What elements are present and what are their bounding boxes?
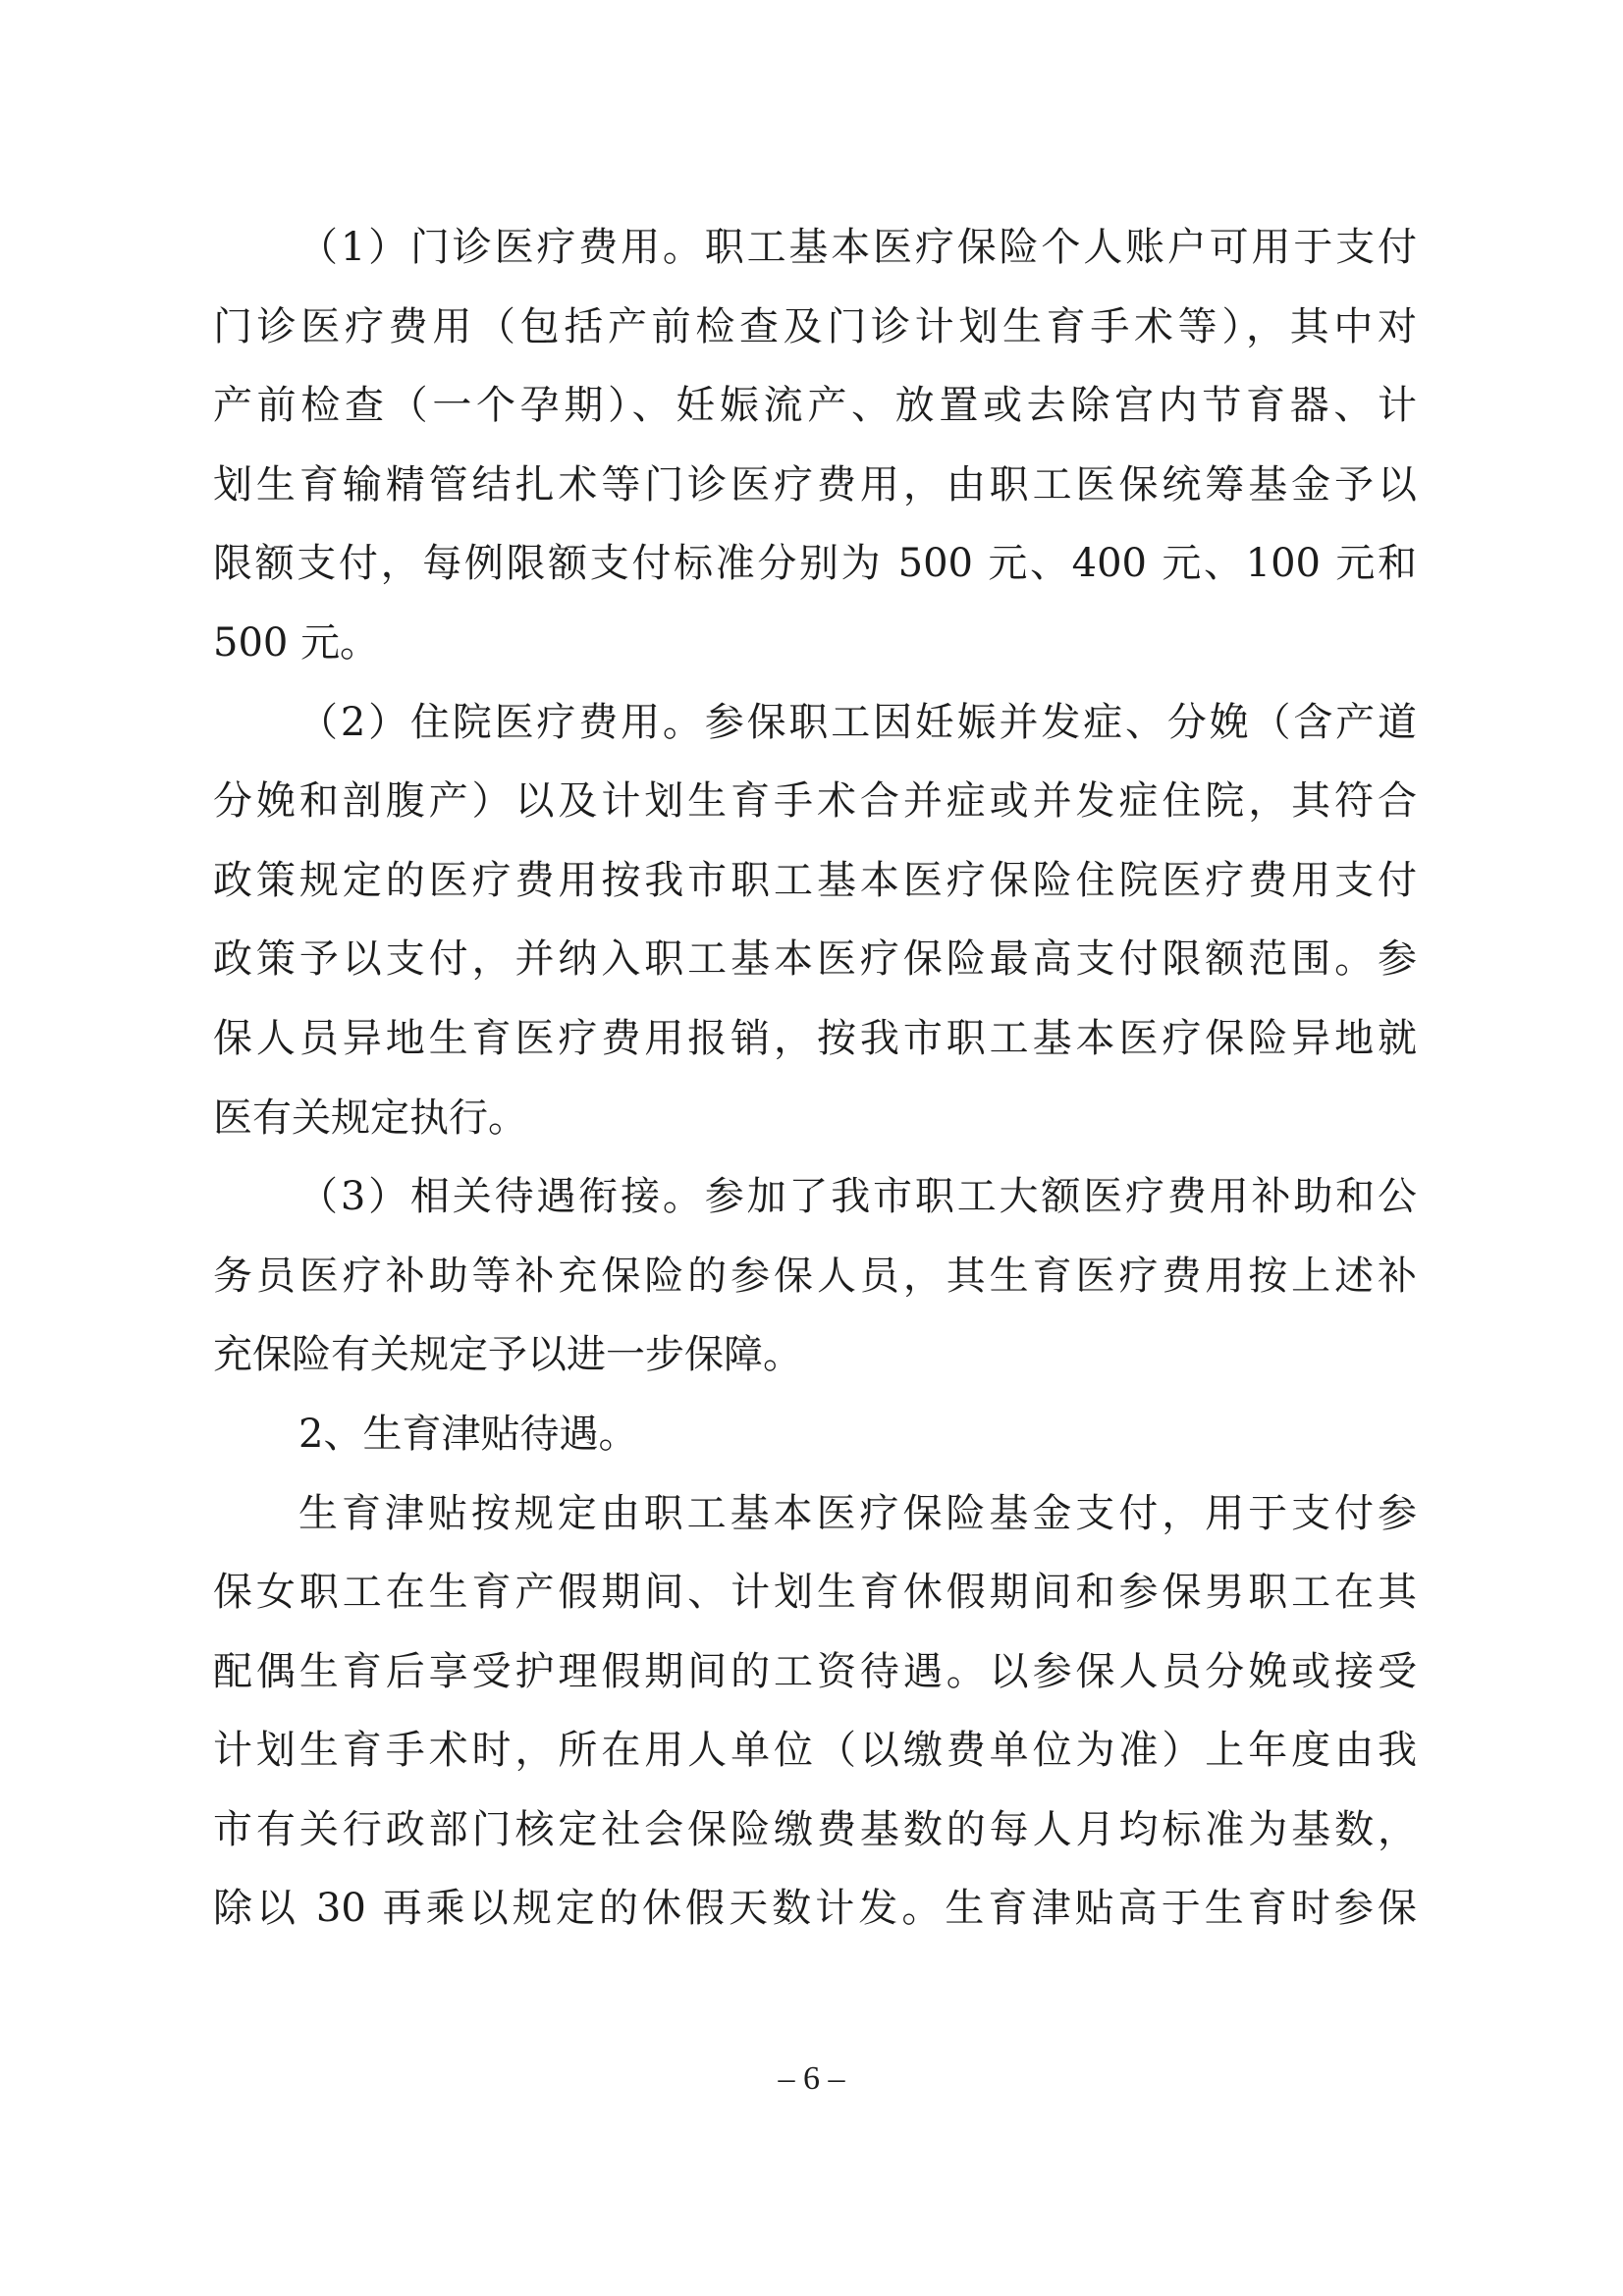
paragraph-benefit-link-line: 充保险有关规定予以进一步保障。 — [213, 1315, 1417, 1395]
paragraph-benefit-link-line: （3）相关待遇衔接。参加了我市职工大额医疗费用补助和公 — [213, 1157, 1417, 1237]
paragraph-allowance-line: 计划生育手术时，所在用人单位（以缴费单位为准）上年度由我 — [213, 1711, 1417, 1790]
paragraph-allowance-line: 市有关行政部门核定社会保险缴费基数的每人月均标准为基数， — [213, 1790, 1417, 1870]
paragraph-allowance-line: 除以 30 再乘以规定的休假天数计发。生育津贴高于生育时参保 — [213, 1869, 1417, 1949]
paragraph-inpatient-line: 政策规定的医疗费用按我市职工基本医疗保险住院医疗费用支付 — [213, 841, 1417, 921]
document-body: （1）门诊医疗费用。职工基本医疗保险个人账户可用于支付 门诊医疗费用（包括产前检… — [213, 208, 1417, 1949]
paragraph-inpatient-line: （2）住院医疗费用。参保职工因妊娠并发症、分娩（含产道 — [213, 683, 1417, 763]
paragraph-outpatient-line: （1）门诊医疗费用。职工基本医疗保险个人账户可用于支付 — [213, 208, 1417, 288]
section-heading-maternity-allowance: 2、生育津贴待遇。 — [213, 1395, 1417, 1474]
document-page: （1）门诊医疗费用。职工基本医疗保险个人账户可用于支付 门诊医疗费用（包括产前检… — [0, 0, 1623, 2296]
paragraph-inpatient-line: 保人员异地生育医疗费用报销，按我市职工基本医疗保险异地就 — [213, 999, 1417, 1079]
paragraph-allowance-line: 保女职工在生育产假期间、计划生育休假期间和参保男职工在其 — [213, 1553, 1417, 1632]
paragraph-allowance-line: 配偶生育后享受护理假期间的工资待遇。以参保人员分娩或接受 — [213, 1632, 1417, 1712]
paragraph-benefit-link-line: 务员医疗补助等补充保险的参保人员，其生育医疗费用按上述补 — [213, 1237, 1417, 1316]
paragraph-outpatient-line: 500 元。 — [213, 604, 1417, 683]
paragraph-inpatient-line: 医有关规定执行。 — [213, 1079, 1417, 1158]
paragraph-inpatient-line: 政策予以支付，并纳入职工基本医疗保险最高支付限额范围。参 — [213, 920, 1417, 999]
page-number: – 6 – — [0, 2057, 1623, 2101]
paragraph-outpatient-line: 划生育输精管结扎术等门诊医疗费用，由职工医保统筹基金予以 — [213, 446, 1417, 525]
paragraph-outpatient-line: 门诊医疗费用（包括产前检查及门诊计划生育手术等），其中对 — [213, 288, 1417, 367]
paragraph-inpatient-line: 分娩和剖腹产）以及计划生育手术合并症或并发症住院，其符合 — [213, 762, 1417, 841]
paragraph-outpatient-line: 限额支付，每例限额支付标准分别为 500 元、400 元、100 元和 — [213, 524, 1417, 604]
paragraph-allowance-line: 生育津贴按规定由职工基本医疗保险基金支付，用于支付参 — [213, 1474, 1417, 1554]
paragraph-outpatient-line: 产前检查（一个孕期）、妊娠流产、放置或去除宫内节育器、计 — [213, 366, 1417, 446]
